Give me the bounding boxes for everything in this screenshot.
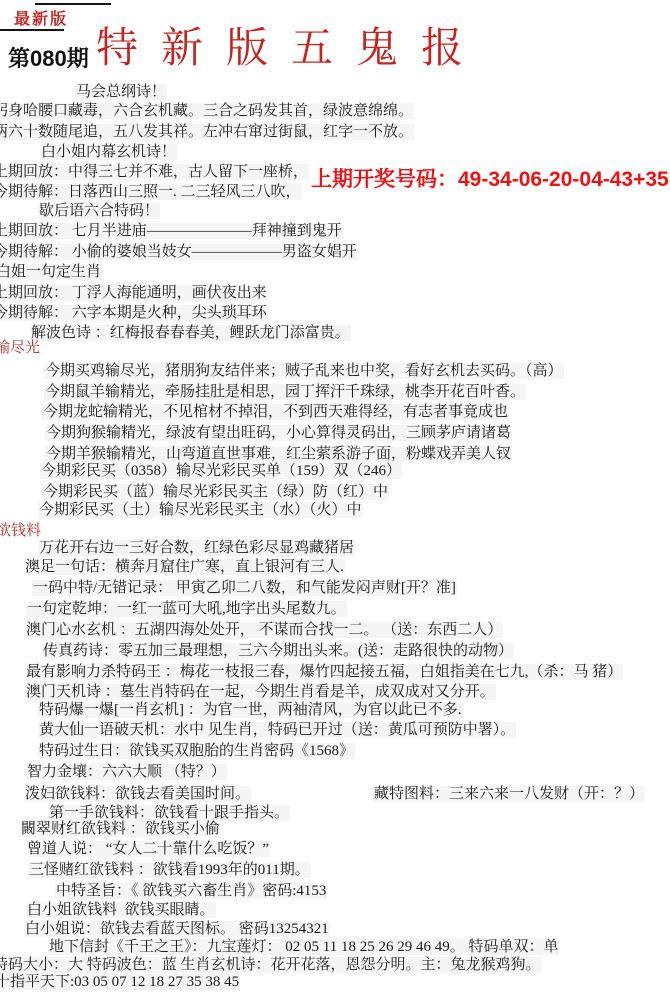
text-line: 今期羊猴输精光，山弯道直世事难，红尘萦系游子面，粉蝶戏弄美人钗 (45, 446, 512, 463)
prev-draw-numbers: 上期开奖号码：49-34-06-20-04-43+35 (311, 163, 669, 193)
text-line: 特码大小：大 特码波色：蓝 生肖玄机诗：花开花落，恩怨分明。主：兔龙猴鸡狗。 (0, 957, 542, 974)
text-line: 今期待解：日落西山三照一. 二三轻风三八吹， (0, 184, 302, 201)
text-line: 今期狗猴输精光，绿波有望出旺码，小心算得灵码出，三顾茅庐请诸葛 (45, 425, 512, 442)
text-line: 今期彩民买（0358）输尽光彩民买单（159）双（246） (40, 463, 402, 480)
text-line: 三怪赌红欲钱料 ：欲钱看1993年的011期。 (28, 862, 311, 879)
text-line: 中特圣旨：《 欲钱买六畜生肖》密码:4153 (55, 883, 327, 900)
text-line: 上期回放： 丁浮人海能通明，画伏夜出来 (0, 285, 268, 302)
text-line: 今期待解： 六字本期是火种，尖头琐耳环 (0, 305, 268, 322)
issue-number: 第080期 (8, 42, 89, 73)
text-line: 闝翠财红欲钱料 ：欲钱买小偷 (20, 821, 221, 838)
edition-badge: 最新版 (14, 6, 68, 29)
text-line: 最有影响力杀特码王 ：梅花一枝报三春，爆竹四起接五福，白姐指美在七九,（杀：马 … (25, 664, 623, 681)
text-line: 传真药诗：零五加三最理想，三六今期出头来。(送：走路很快的动物） (42, 643, 514, 660)
text-line: 白小姐内幕玄机诗！ (40, 144, 177, 161)
text-line: 解波色诗 ：红梅报春春春美，鲤跃龙门添富贵。 (30, 325, 351, 342)
text-line: 智力金壤：六六大顺 （特？） (26, 764, 227, 781)
text-line: 今期鼠羊输精光，牵肠挂肚是相思，园丁挥汗千珠绿，桃李开花百叶香。 (44, 384, 526, 401)
text-line: 歇后语六合特码！ (38, 203, 160, 220)
text-line: 藏特图料：三来六来一八发财（开：？） (373, 786, 645, 803)
text-line: 上期回放： 七月半进庙———————拜神撞到鬼开 (0, 223, 343, 240)
text-line: 白姐一句定生肖 (0, 264, 102, 281)
text-line: 十指平天下:03 05 07 12 18 27 35 38 45 (0, 974, 240, 991)
text-line: 躬身哈腰口藏毒，六合玄机藏。三合之码发其首，绿波意绵绵。 (0, 103, 414, 120)
text-line: 马会总纲诗！ (75, 84, 167, 101)
text-line: 澳门天机诗 ：墓生肖特码在一起，今期生肖看是羊，成双成对又分开。 (25, 684, 496, 701)
masthead-rule-bottom (0, 29, 64, 31)
text-line: 第一手欲钱料：欲钱看十跟手指头。 (48, 805, 290, 822)
masthead-rule-top (35, 3, 111, 5)
text-line: 今期彩民买（蓝）输尽光彩民买主（绿）防（红）中 (42, 484, 389, 501)
text-line: 万花开右边一三好合数，红绿色彩尽显鸡藏猪居 (38, 540, 355, 557)
text-line: 一码中特/无错记录： 甲寅乙卯二八数，和气能发闷声财[开？准] (32, 580, 457, 597)
text-line: 白小姐欲钱料 欲钱买眼睛。 (26, 902, 216, 919)
text-line: 一句定乾坤：一红一蓝可大吼,地字出头尾数九。 (26, 601, 347, 618)
text-line: 白小姐说：欲钱去看蓝天图标。 密码13254321 (24, 921, 330, 938)
text-line: 特码过生日：欲钱买双胞胎的生肖密码《1568》 (38, 743, 355, 760)
section-header: 输尽光 (0, 340, 41, 357)
text-line: 上期回放：中得三七并不难，古人留下一座桥， (0, 164, 309, 181)
text-line: 特码爆一爆[一肖玄机] ：为官一世，两袖清风，为官以此已不多. (38, 702, 463, 719)
text-line: 澳门心水玄机 ：五湖四海处处开， 不谋而合找一二。 （送：东西二人） (25, 622, 503, 639)
text-line: 黄大仙一语破天机：水中 见生肖，特码已开过（送：黄瓜可预防中署）。 (38, 722, 516, 739)
sheet: 最新版 第080期 特新版五鬼报 上期开奖号码：49-34-06-20-04-4… (0, 0, 670, 997)
section-header: 欲钱料 (0, 523, 42, 540)
text-line: 今期龙蛇输精光，不见棺材不掉泪，不到西天难得经，有志者事竟成也 (42, 404, 509, 421)
page-title: 特新版五鬼报 (96, 24, 486, 74)
text-line: 今期买鸡输尽光，猪朋狗友结伴来；贼子乱来也中奖，看好玄机去买码。（高） (44, 363, 564, 380)
text-line: 今期待解： 小偷的婆娘当妓女——————男盗女娼开 (0, 244, 358, 261)
text-line: 曾道人说： “女人二十靠什么吃饭？” (26, 841, 270, 858)
text-line: 澳足一句话：横奔月窟住广寒，直上银河有三人. (24, 559, 345, 576)
text-line: 两六十数随尾追，五八发其祥。左冲右窜过街鼠，红字一不放。 (0, 124, 414, 141)
text-line: 今期彩民买（土）输尽光彩民买主（水）（火）中 (38, 502, 363, 519)
text-line: 泼妇欲钱料：欲钱去看美国时间。 (24, 786, 251, 803)
text-line: 地下信封《千王之王》：九宝莲灯： 02 05 11 18 25 26 29 46… (48, 939, 559, 956)
